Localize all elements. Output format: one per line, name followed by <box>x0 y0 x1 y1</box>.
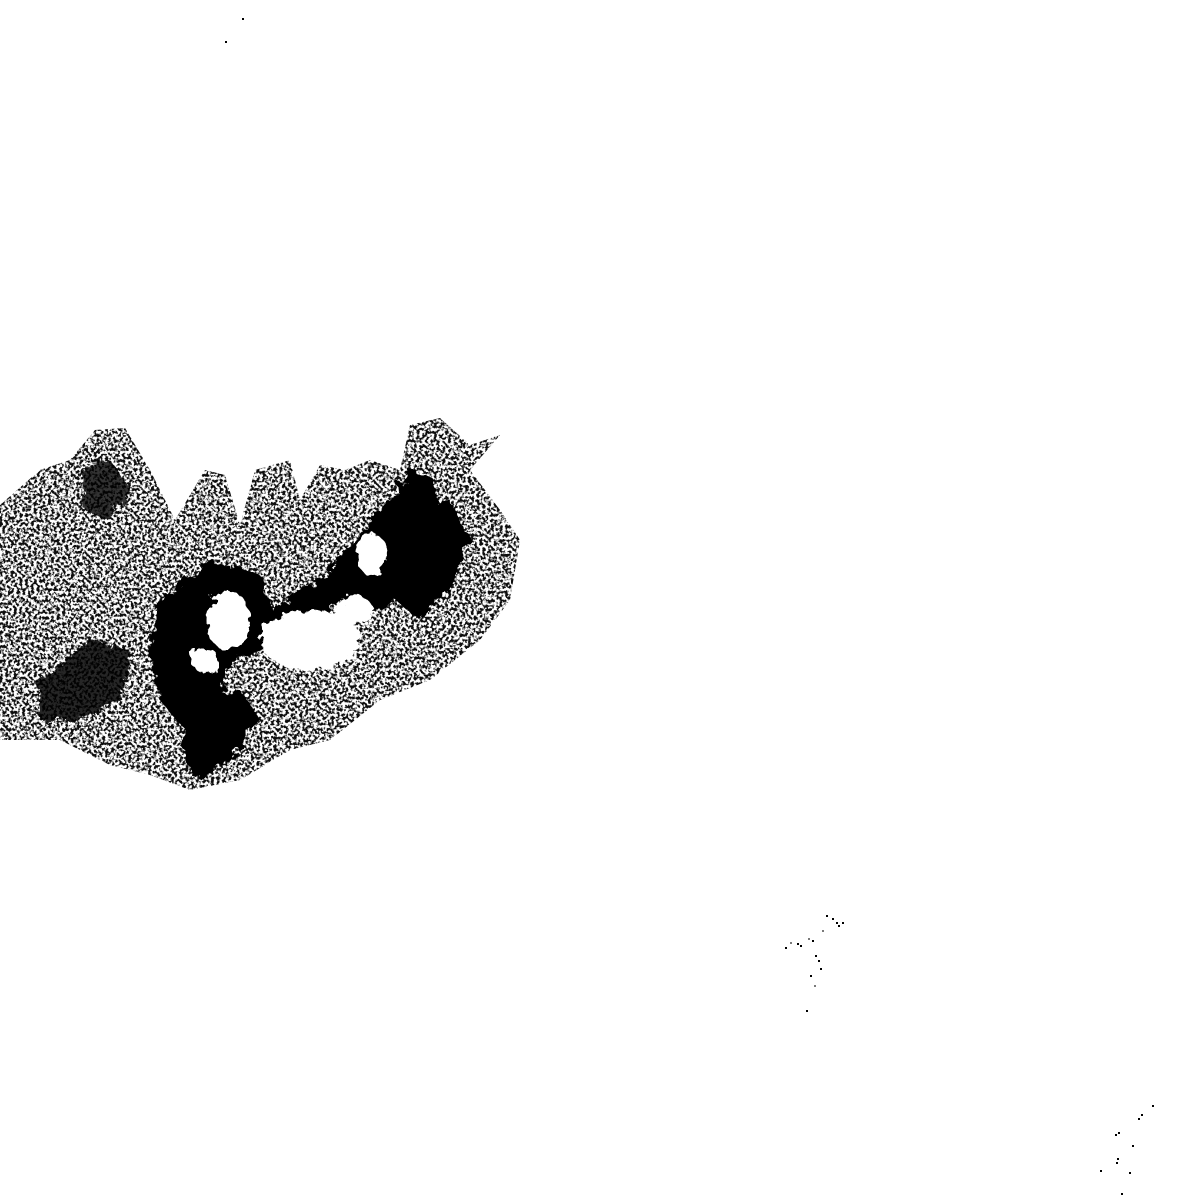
iceland-landmass <box>0 418 520 790</box>
map-tile[interactable] <box>0 0 1200 1200</box>
map-canvas <box>0 0 1200 1200</box>
faroe-islands <box>785 915 844 1012</box>
stray-pixels <box>225 18 244 43</box>
shetland-islands <box>1100 1105 1154 1195</box>
